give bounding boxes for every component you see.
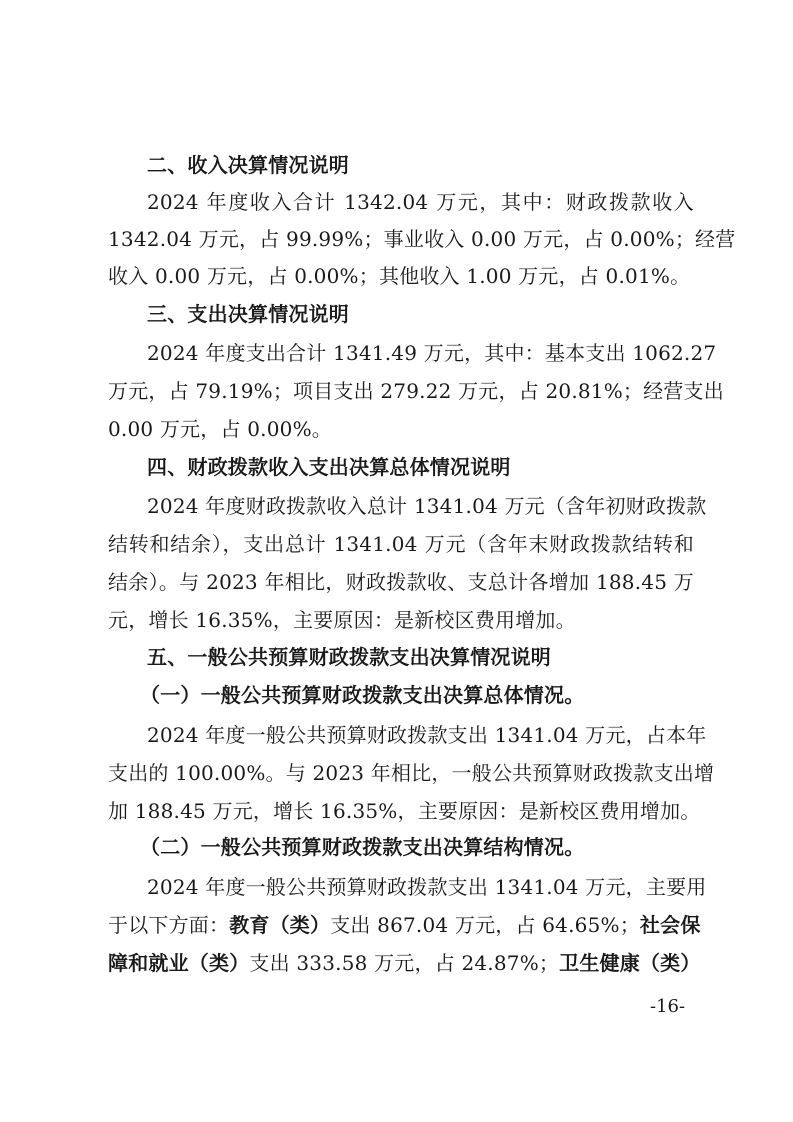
paragraph-line: 1342.04 万元，占 99.99%；事业收入 0.00 万元，占 0.00%… [108, 226, 694, 252]
category-health: 卫生健康（类） [559, 950, 700, 976]
section-heading-expenditure: 三、支出决算情况说明 [147, 301, 694, 327]
paragraph-line: 结余）。与 2023 年相比，财政拨款收、支总计各增加 188.45 万 [108, 569, 694, 595]
section-heading-general-budget: 五、一般公共预算财政拨款支出决算情况说明 [147, 644, 694, 670]
paragraph-line: 障和就业（类） 支出 333.58 万元，占 24.87%； 卫生健康（类） [108, 950, 694, 976]
paragraph-line: 2024 年度一般公共预算财政拨款支出 1341.04 万元，主要用 [147, 874, 694, 900]
section-heading-income: 二、收入决算情况说明 [147, 152, 694, 178]
subsection-heading-structure: （二）一般公共预算财政拨款支出决算结构情况。 [140, 834, 726, 860]
text-run: 支出 867.04 万元，占 64.65%； [330, 912, 640, 938]
paragraph-line: 2024 年度一般公共预算财政拨款支出 1341.04 万元，占本年 [147, 722, 694, 748]
paragraph-line: 2024 年度支出合计 1341.49 万元，其中：基本支出 1062.27 [147, 340, 694, 366]
subsection-heading-overall: （一）一般公共预算财政拨款支出决算总体情况。 [140, 682, 726, 708]
paragraph-line: 加 188.45 万元，增长 16.35%，主要原因：是新校区费用增加。 [108, 798, 694, 824]
category-education: 教育（类） [229, 912, 330, 938]
category-social-security: 社会保 [640, 912, 701, 938]
paragraph-line: 0.00 万元，占 0.00%。 [108, 416, 694, 442]
paragraph-line: 元，增长 16.35%，主要原因：是新校区费用增加。 [108, 607, 694, 633]
page-number: -16- [650, 996, 685, 1017]
text-run: 支出 333.58 万元，占 24.87%； [249, 950, 559, 976]
paragraph-line: 万元，占 79.19%；项目支出 279.22 万元，占 20.81%；经营支出 [108, 378, 694, 404]
paragraph-line: 结转和结余），支出总计 1341.04 万元（含年末财政拨款结转和 [108, 531, 694, 557]
paragraph-line: 支出的 100.00%。与 2023 年相比，一般公共预算财政拨款支出增 [108, 760, 694, 786]
paragraph-line: 于以下方面： 教育（类） 支出 867.04 万元，占 64.65%； 社会保 [108, 912, 694, 938]
paragraph-line: 2024 年度收入合计 1342.04 万元，其中：财政拨款收入 [147, 189, 694, 215]
paragraph-line: 2024 年度财政拨款收入总计 1341.04 万元（含年初财政拨款 [147, 493, 694, 519]
text-run: 于以下方面： [108, 912, 229, 938]
category-social-security-cont: 障和就业（类） [108, 950, 249, 976]
paragraph-line: 收入 0.00 万元，占 0.00%；其他收入 1.00 万元，占 0.01%。 [108, 263, 694, 289]
section-heading-fiscal-overall: 四、财政拨款收入支出决算总体情况说明 [147, 454, 694, 480]
